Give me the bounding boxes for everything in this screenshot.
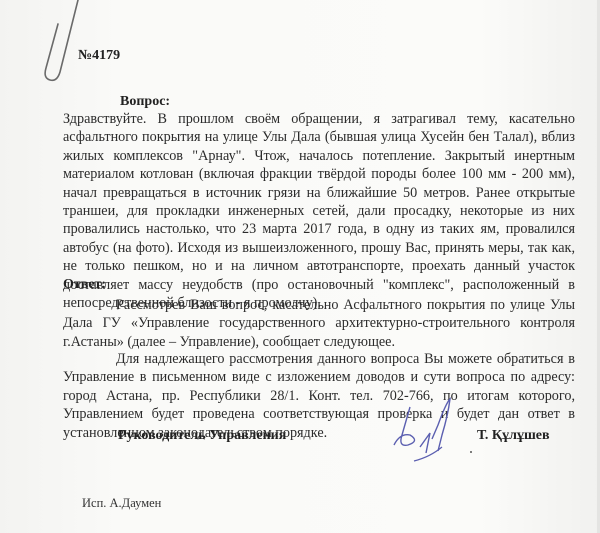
question-heading: Вопрос:	[120, 94, 170, 110]
question-text: Здравствуйте. В прошлом своём обращении,…	[63, 110, 575, 312]
answer-heading: Ответ:	[63, 277, 106, 293]
executor-name: Исп. А.Даумен	[82, 496, 161, 511]
handwritten-signature	[380, 395, 470, 475]
paperclip-icon	[38, 0, 83, 85]
ink-dot	[470, 451, 472, 453]
signatory-name: Т. Құлұшев	[477, 428, 550, 444]
document-number: №4179	[78, 48, 120, 64]
answer-paragraph-1: Рассмотрев Ваш вопрос, касательно Асфаль…	[63, 296, 575, 351]
signatory-role: Руководитель Управления	[118, 428, 286, 444]
scanned-document-page: №4179 Вопрос: Здравствуйте. В прошлом св…	[0, 0, 600, 533]
